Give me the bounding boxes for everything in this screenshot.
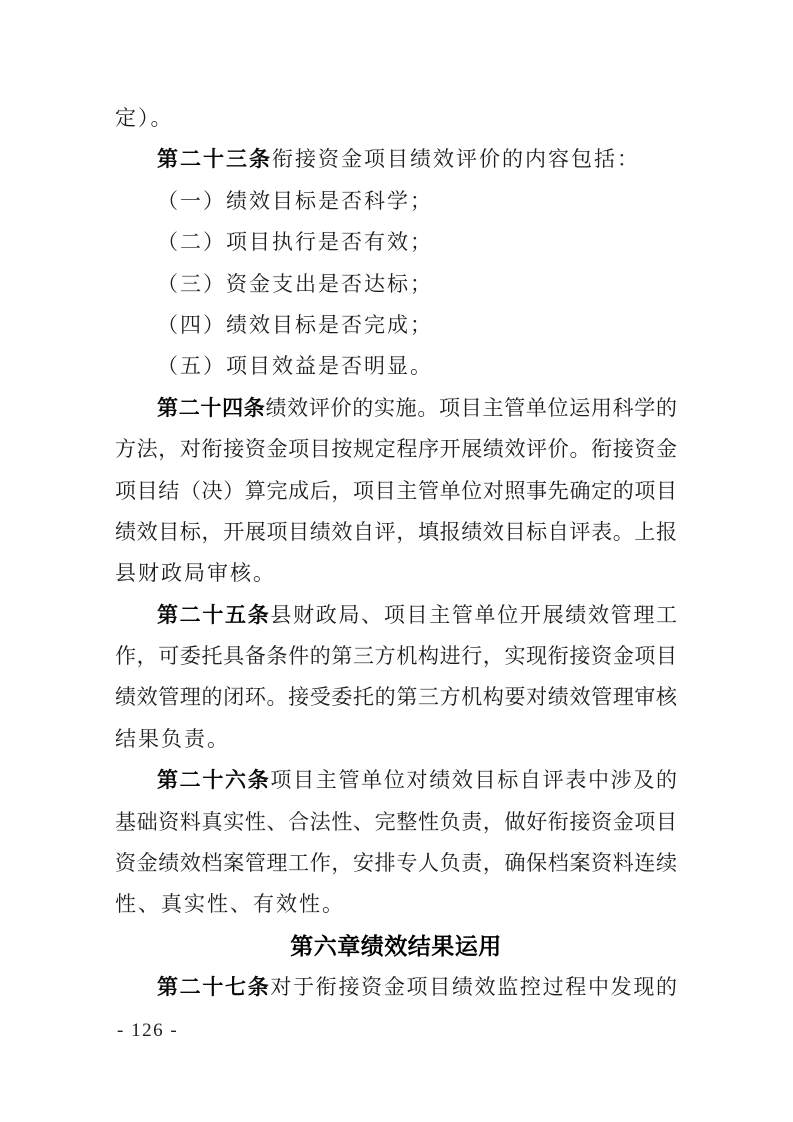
list-item: （二）项目执行是否有效；: [115, 222, 677, 263]
list-item: （一）绩效目标是否科学；: [115, 181, 677, 222]
line-text: （三）资金支出是否达标；: [157, 272, 433, 296]
text-line: 作，可委托具备条件的第三方机构进行，实现衔接资金项目: [115, 636, 677, 677]
text-line: 资金绩效档案管理工作，安排专人负责，确保档案资料连续: [115, 843, 677, 884]
text-line: 方法，对衔接资金项目按规定程序开展绩效评价。衔接资金: [115, 429, 677, 470]
article-24-paragraph: 第二十四条绩效评价的实施。项目主管单位运用科学的: [115, 388, 677, 429]
line-text: 项目结（决）算完成后，项目主管单位对照事先确定的项目: [115, 479, 677, 503]
article-number: 第二十六条: [157, 768, 270, 792]
line-text: （四）绩效目标是否完成；: [157, 313, 433, 337]
line-text: （五）项目效益是否明显。: [157, 354, 433, 378]
line-text: 县财政局、项目主管单位开展绩效管理工: [270, 603, 677, 627]
article-number: 第二十七条: [157, 975, 270, 999]
list-item: （三）资金支出是否达标；: [115, 264, 677, 305]
line-text: 作，可委托具备条件的第三方机构进行，实现衔接资金项目: [115, 644, 677, 668]
text-line: 绩效管理的闭环。接受委托的第三方机构要对绩效管理审核: [115, 677, 677, 718]
line-text: 绩效评价的实施。项目主管单位运用科学的: [265, 396, 677, 420]
article-25-paragraph: 第二十五条县财政局、项目主管单位开展绩效管理工: [115, 595, 677, 636]
text-line: 项目结（决）算完成后，项目主管单位对照事先确定的项目: [115, 471, 677, 512]
line-text: 资金绩效档案管理工作，安排专人负责，确保档案资料连续: [115, 851, 677, 875]
line-text: （二）项目执行是否有效；: [157, 230, 433, 254]
line-text: 绩效目标，开展项目绩效自评，填报绩效目标自评表。上报: [115, 520, 677, 544]
article-23-paragraph: 第二十三条衔接资金项目绩效评价的内容包括：: [115, 139, 677, 180]
article-number: 第二十五条: [157, 603, 270, 627]
text-line: 定）。: [115, 98, 677, 139]
line-text: 对于衔接资金项目绩效监控过程中发现的: [270, 975, 677, 999]
line-text: 性、真实性、有效性。: [115, 892, 345, 916]
line-text: （一）绩效目标是否科学；: [157, 189, 433, 213]
list-item: （四）绩效目标是否完成；: [115, 305, 677, 346]
article-27-paragraph: 第二十七条对于衔接资金项目绩效监控过程中发现的: [115, 967, 677, 1008]
text-line: 基础资料真实性、合法性、完整性负责，做好衔接资金项目: [115, 802, 677, 843]
line-text: 项目主管单位对绩效目标自评表中涉及的: [270, 768, 677, 792]
article-26-paragraph: 第二十六条项目主管单位对绩效目标自评表中涉及的: [115, 760, 677, 801]
article-number: 第二十四条: [157, 396, 265, 420]
chapter-heading: 第六章绩效结果运用: [115, 926, 677, 967]
line-text: 结果负责。: [115, 727, 230, 751]
line-text: 基础资料真实性、合法性、完整性负责，做好衔接资金项目: [115, 810, 677, 834]
page-number: - 126 -: [117, 1016, 178, 1046]
line-text: 绩效管理的闭环。接受委托的第三方机构要对绩效管理审核: [115, 685, 677, 709]
line-text: 衔接资金项目绩效评价的内容包括：: [272, 147, 640, 171]
line-text: 定）。: [115, 106, 174, 130]
line-text: 方法，对衔接资金项目按规定程序开展绩效评价。衔接资金: [115, 437, 677, 461]
list-item: （五）项目效益是否明显。: [115, 346, 677, 387]
document-page: 定）。 第二十三条衔接资金项目绩效评价的内容包括： （一）绩效目标是否科学； （…: [0, 0, 793, 1122]
line-text: 县财政局审核。: [115, 561, 276, 585]
text-line: 性、真实性、有效性。: [115, 884, 677, 925]
text-line: 县财政局审核。: [115, 553, 677, 594]
text-line: 绩效目标，开展项目绩效自评，填报绩效目标自评表。上报: [115, 512, 677, 553]
text-line: 结果负责。: [115, 719, 677, 760]
article-number: 第二十三条: [157, 147, 272, 171]
